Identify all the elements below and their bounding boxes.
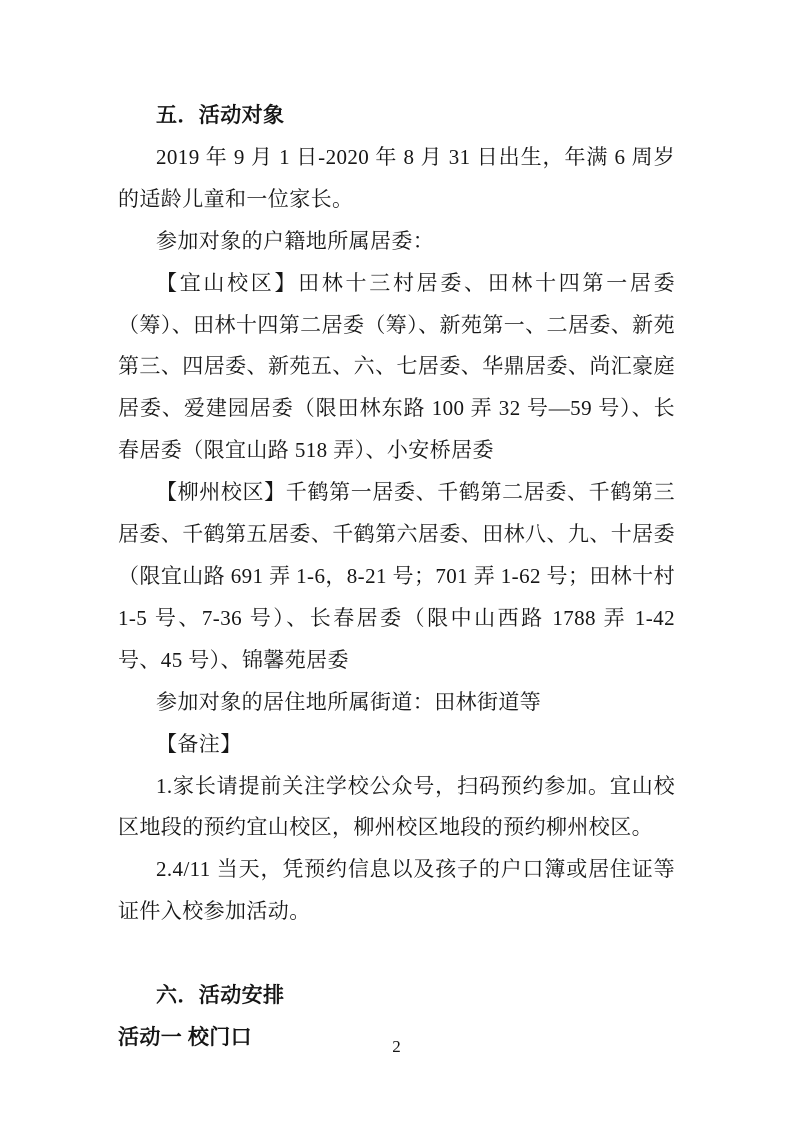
- paragraph: 2019 年 9 月 1 日-2020 年 8 月 31 日出生，年满 6 周岁…: [118, 137, 675, 221]
- document-page: 五．活动对象2019 年 9 月 1 日-2020 年 8 月 31 日出生，年…: [0, 0, 793, 1122]
- page-number: 2: [0, 1036, 793, 1058]
- paragraph: 【宜山校区】田林十三村居委、田林十四第一居委（筹）、田林十四第二居委（筹）、新苑…: [118, 263, 675, 473]
- section-heading: 六．活动安排: [118, 975, 675, 1017]
- document-body: 五．活动对象2019 年 9 月 1 日-2020 年 8 月 31 日出生，年…: [118, 95, 675, 1059]
- paragraph: 参加对象的居住地所属街道：田林街道等: [118, 682, 675, 724]
- blank-line: [118, 933, 675, 975]
- paragraph: 【备注】: [118, 724, 675, 766]
- paragraph: 参加对象的户籍地所属居委：: [118, 221, 675, 263]
- section-heading: 五．活动对象: [118, 95, 675, 137]
- paragraph: 1.家长请提前关注学校公众号，扫码预约参加。宜山校区地段的预约宜山校区，柳州校区…: [118, 766, 675, 850]
- paragraph: 【柳州校区】千鹤第一居委、千鹤第二居委、千鹤第三居委、千鹤第五居委、千鹤第六居委…: [118, 472, 675, 682]
- paragraph: 2.4/11 当天，凭预约信息以及孩子的户口簿或居住证等证件入校参加活动。: [118, 849, 675, 933]
